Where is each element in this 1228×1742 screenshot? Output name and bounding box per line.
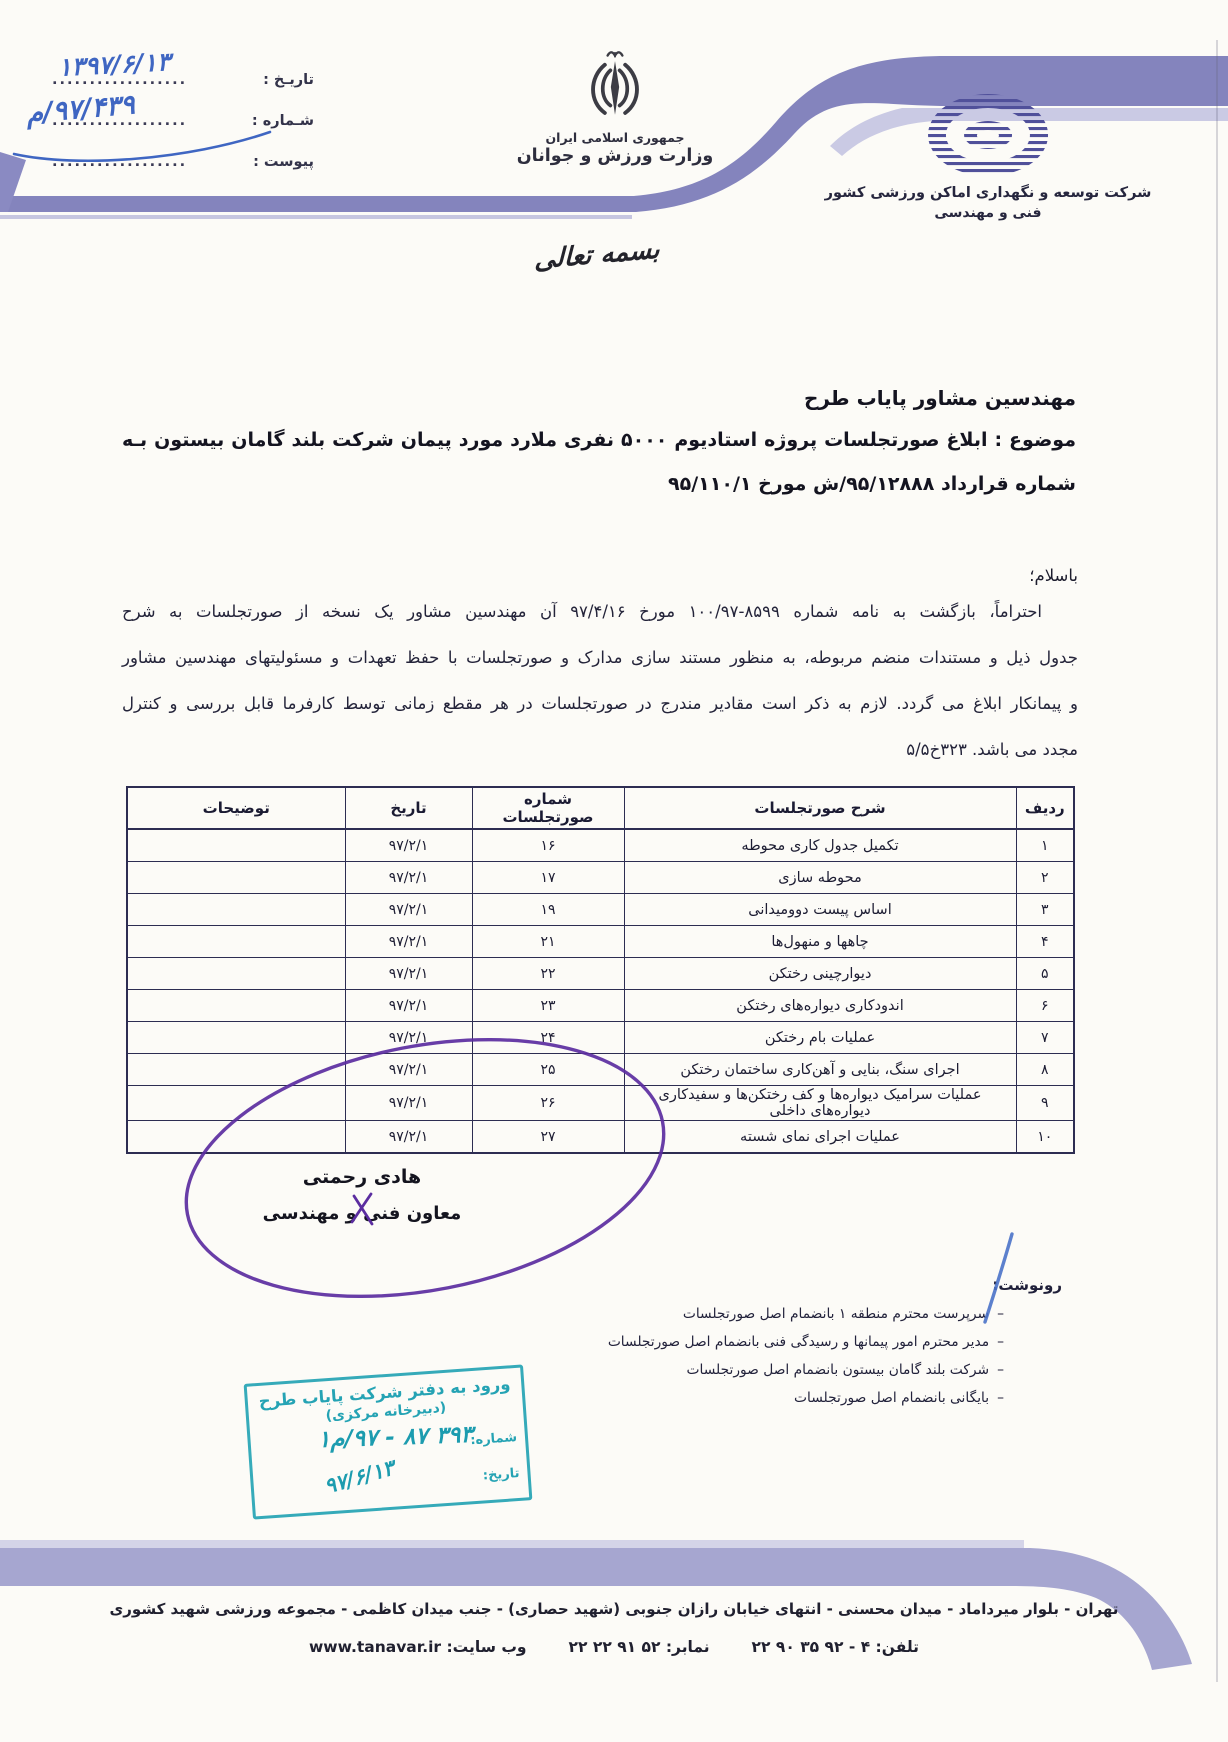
minutes-number-cell: ۲۱: [472, 926, 624, 958]
cc-item: –شرکت بلند گامان بیستون بانضمام اصل صورت…: [584, 1356, 1004, 1384]
subject-line-2: شماره قرارداد ۹۵/۱۲۸۸۸/ش مورخ ۹۵/۱۱۰/۱: [668, 473, 1076, 495]
minutes-date-cell: ۹۷/۲/۱: [345, 829, 472, 862]
cc-list: –سرپرست محترم منطقه ۱ بانضمام اصل صورتجل…: [584, 1300, 1004, 1412]
handwriting-flourish-stroke: [8, 120, 288, 170]
col-header-row-number: ردیف: [1016, 787, 1074, 829]
footer-address: تهران - بلوار میرداماد - میدان محسنی - ا…: [0, 1600, 1228, 1618]
minutes-number-cell: ۲۴: [472, 1022, 624, 1054]
handwritten-date: ۱۳۹۷/۶/۱۳: [57, 47, 171, 82]
signer-name: هادی رحمتی: [252, 1166, 472, 1188]
signer-title: معاون فنی و مهندسی: [252, 1203, 472, 1224]
notes-cell: [127, 1086, 345, 1121]
date-label: تاریـخ :: [263, 72, 314, 88]
iran-emblem-icon: [586, 50, 644, 124]
body-line: مجدد می باشد. ۳۲۳خ۵/۵: [122, 740, 1078, 759]
cc-item: –سرپرست محترم منطقه ۱ بانضمام اصل صورتجل…: [584, 1300, 1004, 1328]
row-number-cell: ۶: [1016, 990, 1074, 1022]
body-line: احتراماً، بازگشت به نامه شماره ۸۵۹۹-۱۰۰/…: [122, 602, 1078, 621]
row-number-cell: ۲: [1016, 862, 1074, 894]
notes-cell: [127, 862, 345, 894]
minutes-number-cell: ۱۷: [472, 862, 624, 894]
minutes-number-cell: ۱۹: [472, 894, 624, 926]
table-row: ۷عملیات بام رختکن۲۴۹۷/۲/۱: [127, 1022, 1074, 1054]
minutes-number-cell: ۲۵: [472, 1054, 624, 1086]
row-number-cell: ۴: [1016, 926, 1074, 958]
minutes-date-cell: ۹۷/۲/۱: [345, 1086, 472, 1121]
row-number-cell: ۱۰: [1016, 1121, 1074, 1154]
salutation: باسلام؛: [1029, 566, 1078, 585]
minutes-desc-cell: محوطه سازی: [624, 862, 1016, 894]
cc-label: رونوشت:: [992, 1276, 1062, 1294]
minutes-desc-cell: اندودکاری دیواره‌های رختکن: [624, 990, 1016, 1022]
notes-cell: [127, 1022, 345, 1054]
row-number-cell: ۱: [1016, 829, 1074, 862]
minutes-date-cell: ۹۷/۲/۱: [345, 894, 472, 926]
letter-page: تاریـخ : .................. شـماره : ...…: [0, 0, 1228, 1742]
row-number-cell: ۹: [1016, 1086, 1074, 1121]
recipient-line: مهندسین مشاور پایاب طرح: [804, 386, 1076, 410]
table-row: ۹عملیات سرامیک دیواره‌ها و کف رختکن‌ها و…: [127, 1086, 1074, 1121]
row-number-cell: ۸: [1016, 1054, 1074, 1086]
notes-cell: [127, 990, 345, 1022]
minutes-desc-cell: دیوارچینی رختکن: [624, 958, 1016, 990]
col-header-desc: شرح صورتجلسات: [624, 787, 1016, 829]
cc-item-text: مدیر محترم امور پیمانها و رسیدگی فنی بان…: [608, 1334, 989, 1350]
footer-contact-line: تلفن: ۴ - ۹۲ ۳۵ ۹۰ ۲۲ نمابر: ۵۲ ۹۱ ۲۲ ۲۲…: [0, 1638, 1228, 1656]
col-header-minutes-number: شماره صورتجلسات: [472, 787, 624, 829]
body-line: جدول ذیل و مستندات منضم مربوطه، به منظور…: [122, 648, 1078, 667]
minutes-date-cell: ۹۷/۲/۱: [345, 1022, 472, 1054]
row-number-cell: ۷: [1016, 1022, 1074, 1054]
cc-item-dash: –: [997, 1306, 1004, 1322]
cc-item-text: بایگانی بانضمام اصل صورتجلسات: [794, 1390, 989, 1406]
minutes-date-cell: ۹۷/۲/۱: [345, 862, 472, 894]
cc-item-dash: –: [997, 1390, 1004, 1406]
subject-line-1: موضوع : ابلاغ صورتجلسات پروژه استادیوم ۵…: [122, 429, 1076, 451]
row-number-cell: ۵: [1016, 958, 1074, 990]
emblem-country-text: جمهوری اسلامی ایران: [505, 130, 725, 145]
cc-item: –بایگانی بانضمام اصل صورتجلسات: [584, 1384, 1004, 1412]
table-row: ۲محوطه سازی۱۷۹۷/۲/۱: [127, 862, 1074, 894]
row-number-cell: ۳: [1016, 894, 1074, 926]
minutes-table: ردیف شرح صورتجلسات شماره صورتجلسات تاریخ…: [126, 786, 1075, 1154]
minutes-desc-cell: اساس پیست دوومیدانی: [624, 894, 1016, 926]
col-header-notes: توضیحات: [127, 787, 345, 829]
notes-cell: [127, 958, 345, 990]
cc-item: –مدیر محترم امور پیمانها و رسیدگی فنی با…: [584, 1328, 1004, 1356]
minutes-date-cell: ۹۷/۲/۱: [345, 1054, 472, 1086]
minutes-table-wrap: ردیف شرح صورتجلسات شماره صورتجلسات تاریخ…: [128, 786, 1075, 1154]
minutes-desc-cell: تکمیل جدول کاری محوطه: [624, 829, 1016, 862]
minutes-desc-cell: عملیات سرامیک دیواره‌ها و کف رختکن‌ها و …: [624, 1086, 1016, 1121]
besmele-calligraphy: بسمه تعالی: [512, 233, 682, 278]
national-emblem-block: جمهوری اسلامی ایران وزارت ورزش و جوانان: [505, 50, 725, 166]
notes-cell: [127, 1054, 345, 1086]
minutes-date-cell: ۹۷/۲/۱: [345, 990, 472, 1022]
minutes-number-cell: ۱۶: [472, 829, 624, 862]
minutes-desc-cell: چاهها و منهول‌ها: [624, 926, 1016, 958]
company-name-text: شرکت توسعه و نگهداری اماکن ورزشی کشور: [792, 185, 1184, 201]
table-row: ۱۰عملیات اجرای نمای شسته۲۷۹۷/۲/۱: [127, 1121, 1074, 1154]
notes-cell: [127, 894, 345, 926]
table-row: ۶اندودکاری دیواره‌های رختکن۲۳۹۷/۲/۱: [127, 990, 1074, 1022]
notes-cell: [127, 829, 345, 862]
cc-item-text: شرکت بلند گامان بیستون بانضمام اصل صورتج…: [687, 1362, 990, 1378]
footer-website: وب سایت: www.tanavar.ir: [309, 1638, 527, 1656]
body-line: و پیمانکار ابلاغ می گردد. لازم به ذکر اس…: [122, 694, 1078, 713]
cc-item-dash: –: [997, 1334, 1004, 1350]
footer-phone: تلفن: ۴ - ۹۲ ۳۵ ۹۰ ۲۲: [752, 1638, 919, 1656]
cc-item-dash: –: [997, 1362, 1004, 1378]
company-block: شرکت توسعه و نگهداری اماکن ورزشی کشور فن…: [792, 92, 1184, 221]
scan-edge-line: [1216, 40, 1218, 1682]
footer-fax: نمابر: ۵۲ ۹۱ ۲۲ ۲۲: [569, 1638, 710, 1656]
minutes-desc-cell: عملیات اجرای نمای شسته: [624, 1121, 1016, 1154]
entry-stamp: ورود به دفتر شرکت پایاب طرح (دبیرخانه مر…: [244, 1364, 533, 1519]
stamp-date-value: ۹۷/۶/۱۳: [321, 1456, 397, 1499]
minutes-number-cell: ۲۳: [472, 990, 624, 1022]
table-row: ۵دیوارچینی رختکن۲۲۹۷/۲/۱: [127, 958, 1074, 990]
minutes-date-cell: ۹۷/۲/۱: [345, 958, 472, 990]
minutes-date-cell: ۹۷/۲/۱: [345, 1121, 472, 1154]
table-header-row: ردیف شرح صورتجلسات شماره صورتجلسات تاریخ…: [127, 787, 1074, 829]
minutes-date-cell: ۹۷/۲/۱: [345, 926, 472, 958]
stamp-date-label: تاریخ:: [482, 1466, 520, 1484]
signature-block: هادی رحمتی معاون فنی و مهندسی: [252, 1166, 472, 1224]
company-logo-icon: [925, 92, 1051, 178]
notes-cell: [127, 1121, 345, 1154]
stamp-number-value: ۳۹۳ ۸۷ - ۹۷/م۱: [317, 1422, 473, 1453]
col-header-date: تاریخ: [345, 787, 472, 829]
company-unit-text: فنی و مهندسی: [792, 205, 1184, 221]
minutes-number-cell: ۲۷: [472, 1121, 624, 1154]
stamp-number-label: شماره:: [470, 1430, 518, 1448]
table-row: ۳اساس پیست دوومیدانی۱۹۹۷/۲/۱: [127, 894, 1074, 926]
minutes-desc-cell: عملیات بام رختکن: [624, 1022, 1016, 1054]
table-row: ۴چاهها و منهول‌ها۲۱۹۷/۲/۱: [127, 926, 1074, 958]
table-row: ۸اجرای سنگ، بنایی و آهن‌کاری ساختمان رخت…: [127, 1054, 1074, 1086]
emblem-ministry-text: وزارت ورزش و جوانان: [505, 146, 725, 166]
cc-item-text: سرپرست محترم منطقه ۱ بانضمام اصل صورتجلس…: [683, 1306, 989, 1322]
table-row: ۱تکمیل جدول کاری محوطه۱۶۹۷/۲/۱: [127, 829, 1074, 862]
minutes-table-body: ۱تکمیل جدول کاری محوطه۱۶۹۷/۲/۱۲محوطه ساز…: [127, 829, 1074, 1153]
minutes-number-cell: ۲۲: [472, 958, 624, 990]
notes-cell: [127, 926, 345, 958]
minutes-number-cell: ۲۶: [472, 1086, 624, 1121]
minutes-desc-cell: اجرای سنگ، بنایی و آهن‌کاری ساختمان رختک…: [624, 1054, 1016, 1086]
